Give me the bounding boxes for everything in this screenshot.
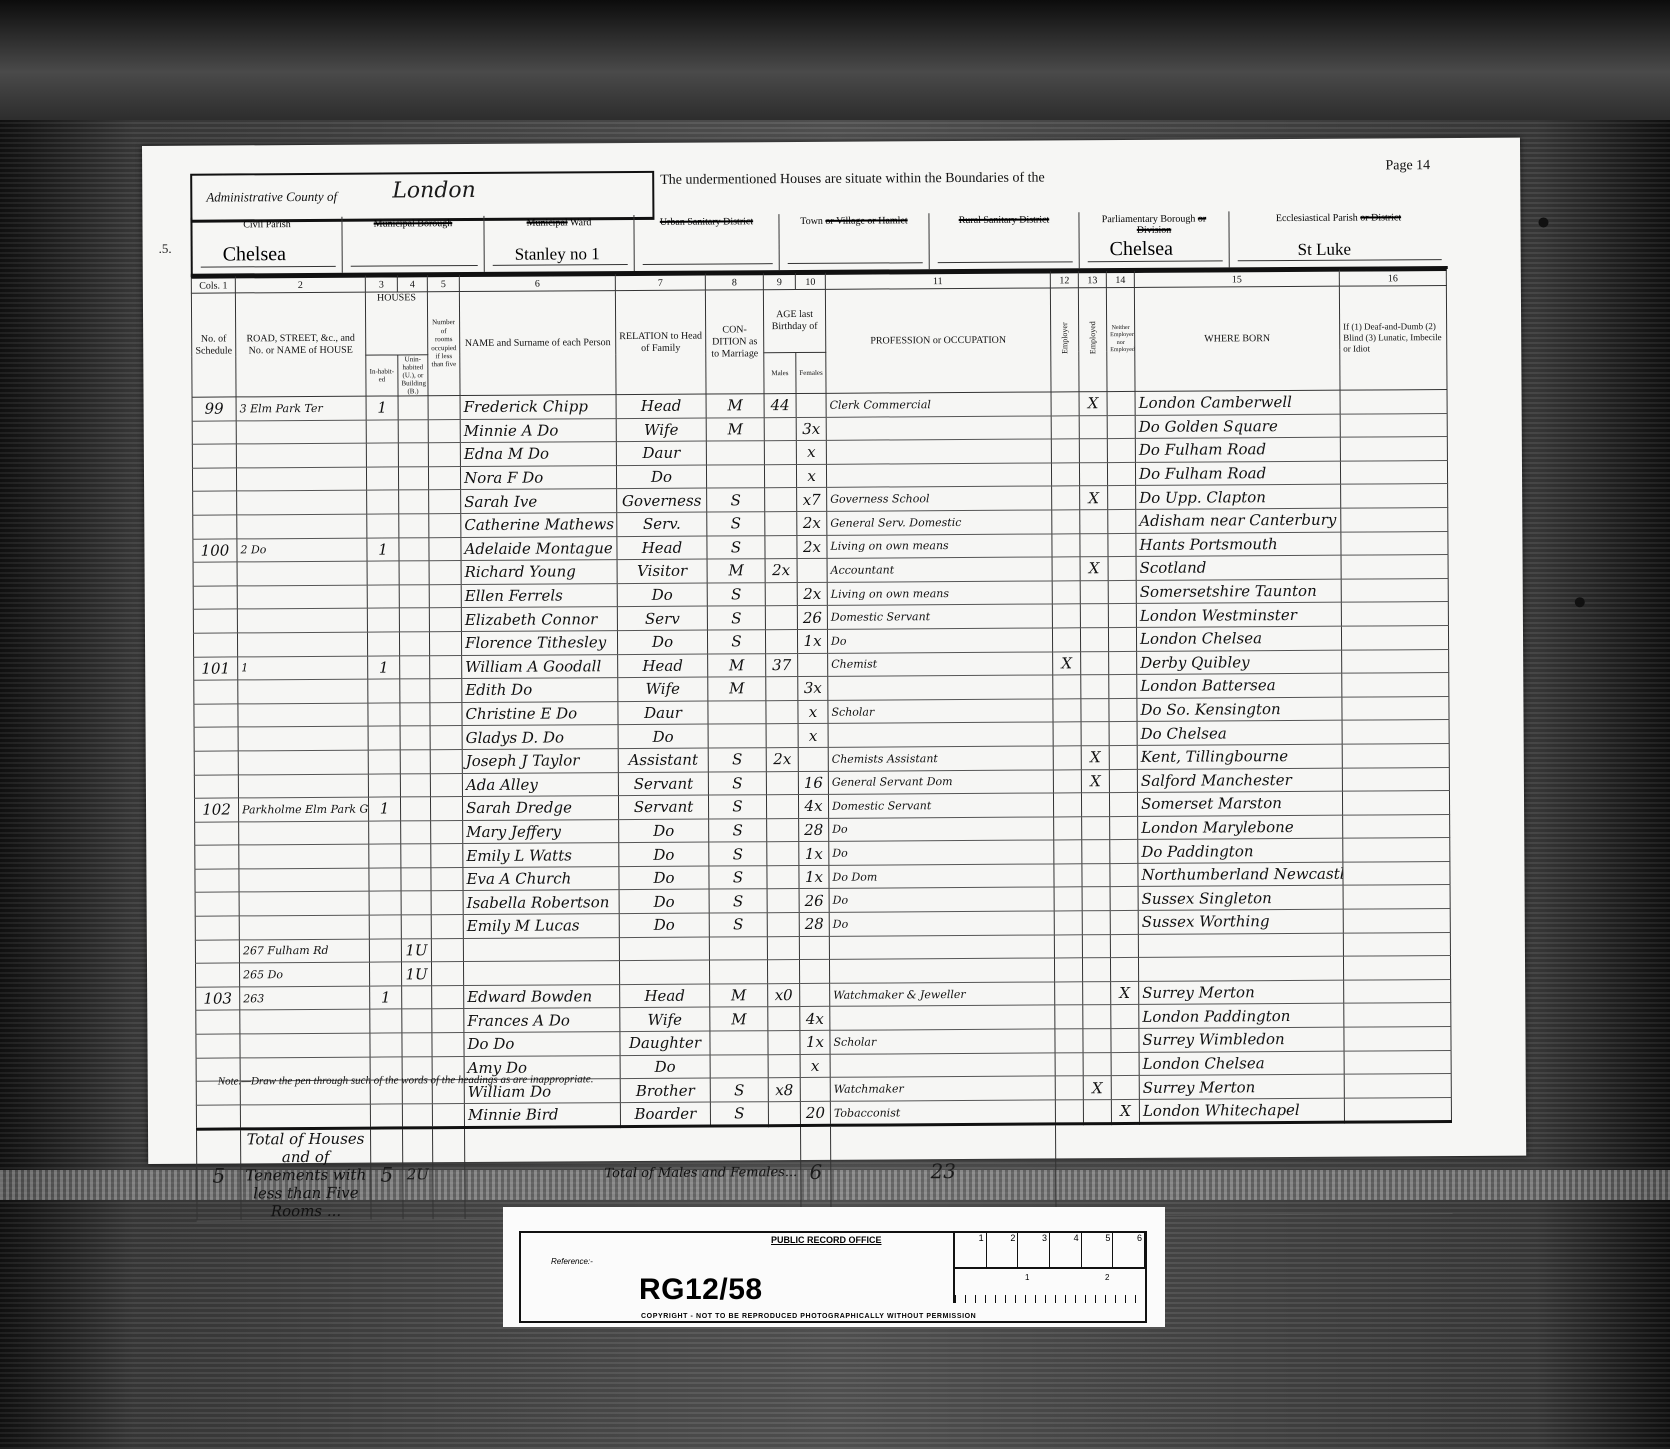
cell-uninhab xyxy=(398,467,428,491)
cell-female: 3x xyxy=(798,676,828,700)
cell-infirmity xyxy=(1342,720,1449,744)
cell-name: Minnie A Do xyxy=(460,418,616,443)
cell-condition: M xyxy=(708,677,766,701)
cell-schedule: 99 xyxy=(192,397,236,421)
cell-occupation xyxy=(830,1053,1055,1078)
cell-employed xyxy=(1080,604,1108,628)
cell-rooms xyxy=(429,584,461,608)
cell-relation: Assistant xyxy=(618,748,708,772)
cell-inhab xyxy=(369,962,401,986)
cell-employed: X xyxy=(1080,486,1108,510)
cell-employer: X xyxy=(1053,651,1081,675)
cell-name: Florence Tithesley xyxy=(461,631,617,656)
cell-uninhab xyxy=(400,702,430,726)
cell-road xyxy=(239,892,369,916)
cell-male xyxy=(768,1101,800,1126)
cell-inhab xyxy=(370,1104,402,1129)
cell-born: Hants Portsmouth xyxy=(1136,532,1341,557)
cell-relation: Wife xyxy=(616,418,706,442)
cell-uninhab xyxy=(400,750,430,774)
cell-relation: Head xyxy=(620,984,710,1008)
cell-rooms xyxy=(431,891,463,915)
cell-infirmity xyxy=(1344,1097,1451,1122)
cell-male xyxy=(768,1007,800,1031)
cell-neither xyxy=(1108,486,1136,510)
cell-schedule xyxy=(194,751,238,775)
cell-female: 2x xyxy=(797,535,827,559)
cell-employed xyxy=(1083,1052,1111,1076)
cell-employer xyxy=(1052,533,1080,557)
cell-condition: S xyxy=(710,1102,768,1127)
cell-female: 1x xyxy=(799,865,829,889)
cell-inhab xyxy=(369,939,401,963)
cell-employed xyxy=(1080,580,1108,604)
cell-relation: Serv xyxy=(617,606,707,630)
cell-born: London Battersea xyxy=(1137,673,1342,698)
cell-schedule xyxy=(195,845,239,869)
cell-inhab: 1 xyxy=(366,396,398,420)
cell-uninhab xyxy=(399,561,429,585)
cell-inhab xyxy=(369,844,401,868)
cell-occupation xyxy=(826,463,1051,488)
cell-male xyxy=(767,960,799,984)
cell-neither xyxy=(1107,439,1135,463)
cell-infirmity xyxy=(1343,932,1450,956)
cell-rooms xyxy=(428,396,460,420)
cell-uninhab: 1U xyxy=(401,962,431,986)
admin-county-value: London xyxy=(392,178,476,204)
cell-name: Edith Do xyxy=(462,678,618,703)
cell-rooms xyxy=(431,938,463,962)
cell-uninhab xyxy=(401,868,431,892)
cell-rooms xyxy=(431,820,463,844)
cell-schedule: 101 xyxy=(194,656,238,680)
cell-condition: M xyxy=(706,417,764,441)
cell-relation: Do xyxy=(619,890,709,914)
cell-male xyxy=(766,700,798,724)
cell-name: Edward Bowden xyxy=(464,984,620,1009)
cell-born: Sussex Singleton xyxy=(1138,886,1343,911)
cell-relation: Do xyxy=(619,913,709,937)
civil-parish-box: Civil Parish Chelsea xyxy=(192,217,342,274)
cell-employed xyxy=(1080,533,1108,557)
cell-infirmity xyxy=(1342,696,1449,720)
cell-employer xyxy=(1054,864,1082,888)
cell-neither xyxy=(1110,910,1138,934)
cell-employer xyxy=(1053,746,1081,770)
cell-name: Edna M Do xyxy=(460,442,616,467)
cell-condition xyxy=(710,1031,768,1055)
cell-name: Minnie Bird xyxy=(464,1102,620,1128)
cell-occupation xyxy=(826,439,1051,464)
col-neither: Neither Employer nor Employed xyxy=(1106,287,1135,391)
cell-employer xyxy=(1051,415,1079,439)
cell-name: Emily M Lucas xyxy=(463,914,619,939)
cell-uninhab xyxy=(401,820,431,844)
urban-district-box: Urban Sanitary District xyxy=(634,214,779,271)
cell-condition: S xyxy=(710,1078,768,1102)
cell-rooms xyxy=(431,844,463,868)
cell-occupation: Do xyxy=(829,817,1054,842)
cell-neither xyxy=(1111,1005,1139,1029)
cell-rooms xyxy=(432,1033,464,1057)
cell-neither xyxy=(1108,627,1136,651)
cell-female: 28 xyxy=(799,818,829,842)
cell-rooms xyxy=(428,419,460,443)
cell-relation: Do xyxy=(619,819,709,843)
cell-born: London Westminster xyxy=(1136,603,1341,628)
cell-rooms xyxy=(431,915,463,939)
cell-employed: X xyxy=(1079,392,1107,416)
scan-top-border xyxy=(0,0,1670,120)
cell-inhab xyxy=(368,773,400,797)
cell-neither xyxy=(1110,840,1138,864)
scale-ruler: 1 2 3 4 5 6 1 2 xyxy=(953,1233,1145,1303)
cell-condition: S xyxy=(707,488,765,512)
cell-inhab xyxy=(366,420,398,444)
cell-female: 26 xyxy=(797,606,827,630)
cell-name: William A Goodall xyxy=(462,654,618,679)
cell-born: Do Paddington xyxy=(1138,838,1343,863)
cell-relation: Daur xyxy=(616,441,706,465)
cell-born: London Chelsea xyxy=(1139,1051,1344,1076)
cell-condition xyxy=(706,464,764,488)
cell-uninhab xyxy=(399,585,429,609)
column-headings: No. of Schedule ROAD, STREET, &c., and N… xyxy=(191,286,1446,357)
cell-born: Do Chelsea xyxy=(1137,720,1342,745)
cell-neither xyxy=(1110,816,1138,840)
cell-road: 263 xyxy=(240,986,370,1010)
cell-road xyxy=(237,608,367,632)
census-rows: 993 Elm Park Ter1Frederick ChippHeadM44C… xyxy=(192,390,1451,1130)
cell-male xyxy=(767,913,799,937)
cell-uninhab xyxy=(401,915,431,939)
cell-neither xyxy=(1109,745,1137,769)
cell-schedule xyxy=(195,940,239,964)
cell-male: 2x xyxy=(766,747,798,771)
cell-rooms xyxy=(431,867,463,891)
cell-employed xyxy=(1083,1029,1111,1053)
cell-occupation: Do xyxy=(829,887,1054,912)
cell-rooms xyxy=(429,608,461,632)
cell-relation: Visitor xyxy=(617,559,707,583)
cell-neither xyxy=(1108,580,1136,604)
cell-road xyxy=(239,844,369,868)
cell-occupation xyxy=(828,722,1053,747)
cell-inhab xyxy=(368,726,400,750)
cell-name: Christine E Do xyxy=(462,701,618,726)
cell-born: Salford Manchester xyxy=(1137,768,1342,793)
cell-uninhab xyxy=(400,655,430,679)
census-sheet: .5. Page 14 Administrative County of Lon… xyxy=(142,138,1526,1164)
cell-uninhab xyxy=(399,490,429,514)
cell-male: 37 xyxy=(766,653,798,677)
cell-employed: X xyxy=(1080,557,1108,581)
cell-employed xyxy=(1082,863,1110,887)
cell-infirmity xyxy=(1341,531,1448,555)
cell-neither xyxy=(1110,863,1138,887)
cell-uninhab xyxy=(402,1033,432,1057)
cell-male xyxy=(767,842,799,866)
cell-relation: Servant xyxy=(618,772,708,796)
cell-schedule xyxy=(193,562,237,586)
cell-neither xyxy=(1111,1076,1139,1100)
cell-male xyxy=(765,582,797,606)
punch-hole-icon xyxy=(1575,597,1585,607)
cell-condition: S xyxy=(708,771,766,795)
col-relation: RELATION to Head of Family xyxy=(615,290,706,395)
cell-uninhab xyxy=(401,844,431,868)
cell-female: 26 xyxy=(799,889,829,913)
total-uninhabited: 2U xyxy=(403,1128,434,1220)
cell-rooms xyxy=(429,514,461,538)
cell-schedule xyxy=(196,1010,240,1034)
cell-name: Richard Young xyxy=(461,560,617,585)
total-males: 6 xyxy=(800,1126,831,1218)
col-age: AGE last Birthday of xyxy=(763,289,825,352)
cell-born: London Marylebone xyxy=(1138,815,1343,840)
cell-rooms xyxy=(428,466,460,490)
cell-born: Surrey Merton xyxy=(1139,1074,1344,1099)
cell-schedule xyxy=(194,680,238,704)
col-road: ROAD, STREET, &c., and No. or NAME of HO… xyxy=(235,292,366,397)
cell-uninhab xyxy=(402,986,432,1010)
cell-employer xyxy=(1053,769,1081,793)
cell-rooms xyxy=(432,1103,464,1128)
cell-occupation: Watchmaker & Jeweller xyxy=(830,982,1055,1007)
cell-schedule xyxy=(195,822,239,846)
cell-uninhab xyxy=(400,773,430,797)
cell-employed xyxy=(1083,1099,1111,1124)
cell-neither xyxy=(1110,934,1138,958)
cell-male xyxy=(767,889,799,913)
cell-born: Do Golden Square xyxy=(1135,414,1340,439)
cell-rooms xyxy=(430,749,462,773)
town-box: Town or Village or Hamlet xyxy=(779,213,929,270)
cell-neither xyxy=(1107,415,1135,439)
col-born: WHERE BORN xyxy=(1134,286,1340,391)
cell-neither xyxy=(1107,462,1135,486)
cell-road xyxy=(239,821,369,845)
cell-infirmity xyxy=(1341,555,1448,579)
cell-infirmity xyxy=(1343,861,1450,885)
total-inhabited: 5 xyxy=(371,1128,404,1220)
cell-inhab xyxy=(367,561,399,585)
cell-name: Frederick Chipp xyxy=(460,395,616,420)
cell-employer xyxy=(1054,911,1082,935)
cell-name: Elizabeth Connor xyxy=(461,607,617,632)
cell-schedule: 102 xyxy=(194,798,238,822)
cell-neither: X xyxy=(1111,1099,1139,1124)
cell-occupation: Watchmaker xyxy=(830,1076,1055,1101)
cell-occupation: Tobacconist xyxy=(830,1100,1055,1126)
cell-employer xyxy=(1054,816,1082,840)
cell-infirmity xyxy=(1340,460,1447,484)
cell-female xyxy=(796,393,826,417)
col-employed: Employed xyxy=(1078,288,1107,392)
cell-female: 1x xyxy=(797,629,827,653)
cell-employer xyxy=(1054,887,1082,911)
cell-female: 2x xyxy=(797,582,827,606)
cell-male xyxy=(766,795,798,819)
cell-road xyxy=(236,443,366,467)
cell-neither xyxy=(1109,769,1137,793)
cell-schedule xyxy=(195,916,239,940)
cell-uninhab xyxy=(402,1009,432,1033)
sheet-header: Administrative County of London The unde… xyxy=(190,166,1446,274)
cell-name: Mary Jeffery xyxy=(463,819,619,844)
cell-employer xyxy=(1054,934,1082,958)
cell-name: Sarah Dredge xyxy=(462,796,618,821)
cell-occupation: Do xyxy=(827,628,1052,653)
cell-relation: Do xyxy=(618,724,708,748)
col-name: NAME and Surname of each Person xyxy=(459,291,616,396)
cell-name: Nora F Do xyxy=(460,465,616,490)
cell-condition: S xyxy=(709,842,767,866)
cell-occupation: Domestic Servant xyxy=(827,604,1052,629)
cell-neither xyxy=(1109,793,1137,817)
cell-relation: Serv. xyxy=(617,512,707,536)
cell-infirmity xyxy=(1343,909,1450,933)
cell-road: 265 Do xyxy=(239,962,369,986)
cell-occupation: Scholar xyxy=(828,699,1053,724)
cell-born: Kent, Tillingbourne xyxy=(1137,744,1342,769)
cell-employed xyxy=(1081,651,1109,675)
cell-relation: Head xyxy=(617,536,707,560)
cell-occupation: Living on own means xyxy=(827,581,1052,606)
cell-rooms xyxy=(432,1009,464,1033)
cell-employer xyxy=(1052,628,1080,652)
cell-occupation: Chemist xyxy=(828,651,1053,676)
cell-name: Ada Alley xyxy=(462,772,618,797)
cell-road xyxy=(238,726,368,750)
ecclesiastical-parish-box: Ecclesiastical Parish or District St Luk… xyxy=(1229,210,1447,267)
cell-uninhab xyxy=(401,891,431,915)
cell-relation: Do xyxy=(616,465,706,489)
cell-neither xyxy=(1111,1052,1139,1076)
cell-born: Surrey Merton xyxy=(1139,980,1344,1005)
cell-schedule xyxy=(195,963,239,987)
cell-male xyxy=(766,724,798,748)
cell-road xyxy=(237,491,367,515)
cell-schedule xyxy=(196,1105,240,1130)
cell-neither xyxy=(1108,557,1136,581)
cell-road: 267 Fulham Rd xyxy=(239,939,369,963)
cell-infirmity xyxy=(1341,578,1448,602)
cell-occupation xyxy=(829,935,1054,960)
total-persons-label: Total of Males and Females... xyxy=(465,1126,802,1220)
cell-occupation: General Servant Dom xyxy=(828,769,1053,794)
cell-infirmity xyxy=(1344,1074,1451,1098)
cell-infirmity xyxy=(1343,956,1450,980)
cell-female xyxy=(800,983,830,1007)
cell-employer xyxy=(1051,439,1079,463)
cell-schedule: 100 xyxy=(193,538,237,562)
cell-name: Joseph J Taylor xyxy=(462,749,618,774)
cell-relation xyxy=(619,937,709,961)
cell-condition: S xyxy=(709,889,767,913)
cell-rooms xyxy=(429,490,461,514)
cell-occupation: Clerk Commercial xyxy=(826,392,1051,417)
cell-occupation: Accountant xyxy=(827,557,1052,582)
boundaries-caption: The undermentioned Houses are situate wi… xyxy=(660,170,1045,188)
cell-road xyxy=(240,1010,370,1034)
cell-condition: S xyxy=(709,913,767,937)
cell-inhab xyxy=(369,915,401,939)
cell-condition: S xyxy=(707,535,765,559)
cell-rooms xyxy=(430,702,462,726)
cell-schedule xyxy=(194,727,238,751)
cell-inhab xyxy=(367,490,399,514)
cell-inhab xyxy=(369,821,401,845)
cell-neither: X xyxy=(1111,981,1139,1005)
cell-inhab xyxy=(368,679,400,703)
cell-rooms xyxy=(429,537,461,561)
cell-relation: Daughter xyxy=(620,1031,710,1055)
cell-infirmity xyxy=(1344,979,1451,1003)
cell-condition xyxy=(709,936,767,960)
total-houses-label: Total of Houses and of Tenements with le… xyxy=(241,1129,372,1222)
cell-road xyxy=(238,703,368,727)
cell-infirmity xyxy=(1341,602,1448,626)
cell-neither xyxy=(1109,651,1137,675)
cell-occupation: Governess School xyxy=(827,486,1052,511)
cell-relation: Servant xyxy=(618,795,708,819)
cell-born: London Whitechapel xyxy=(1139,1098,1344,1124)
cell-inhab: 1 xyxy=(368,797,400,821)
cell-female: 1x xyxy=(800,1030,830,1054)
cell-employer xyxy=(1053,793,1081,817)
cell-male: 44 xyxy=(764,394,796,418)
cell-inhab xyxy=(368,750,400,774)
cell-infirmity xyxy=(1342,649,1449,673)
cell-born: Sussex Worthing xyxy=(1138,909,1343,934)
copyright-notice: COPYRIGHT - NOT TO BE REPRODUCED PHOTOGR… xyxy=(641,1313,976,1320)
col-infirmity: If (1) Deaf-and-Dumb (2) Blind (3) Lunat… xyxy=(1339,286,1447,391)
cell-occupation: General Serv. Domestic xyxy=(827,510,1052,535)
cell-name: Catherine Mathews xyxy=(461,513,617,538)
cell-male xyxy=(767,865,799,889)
cell-occupation: Do Dom xyxy=(829,864,1054,889)
cell-male xyxy=(768,1031,800,1055)
col-employer: Employer xyxy=(1050,288,1079,392)
cell-employed xyxy=(1083,1005,1111,1029)
cell-relation: Head xyxy=(618,654,708,678)
cell-schedule xyxy=(193,515,237,539)
cell-condition: M xyxy=(708,653,766,677)
cell-born: Somersetshire Taunton xyxy=(1136,579,1341,604)
cell-born: London Paddington xyxy=(1139,1004,1344,1029)
cell-born: Surrey Wimbledon xyxy=(1139,1027,1344,1052)
cell-name: Emily L Watts xyxy=(463,843,619,868)
cell-neither xyxy=(1109,675,1137,699)
cell-relation: Brother xyxy=(620,1078,710,1102)
total-schedules: 5 xyxy=(197,1129,242,1221)
cell-schedule xyxy=(194,704,238,728)
cell-schedule xyxy=(193,586,237,610)
cell-neither xyxy=(1108,509,1136,533)
cell-employed xyxy=(1081,722,1109,746)
cell-rooms xyxy=(430,726,462,750)
cell-female: x xyxy=(798,700,828,724)
cell-uninhab xyxy=(399,608,429,632)
cell-infirmity xyxy=(1342,791,1449,815)
cell-male xyxy=(765,488,797,512)
cell-occupation: Scholar xyxy=(830,1029,1055,1054)
cell-rooms xyxy=(430,797,462,821)
cell-female xyxy=(799,960,829,984)
cell-relation: Do xyxy=(619,842,709,866)
